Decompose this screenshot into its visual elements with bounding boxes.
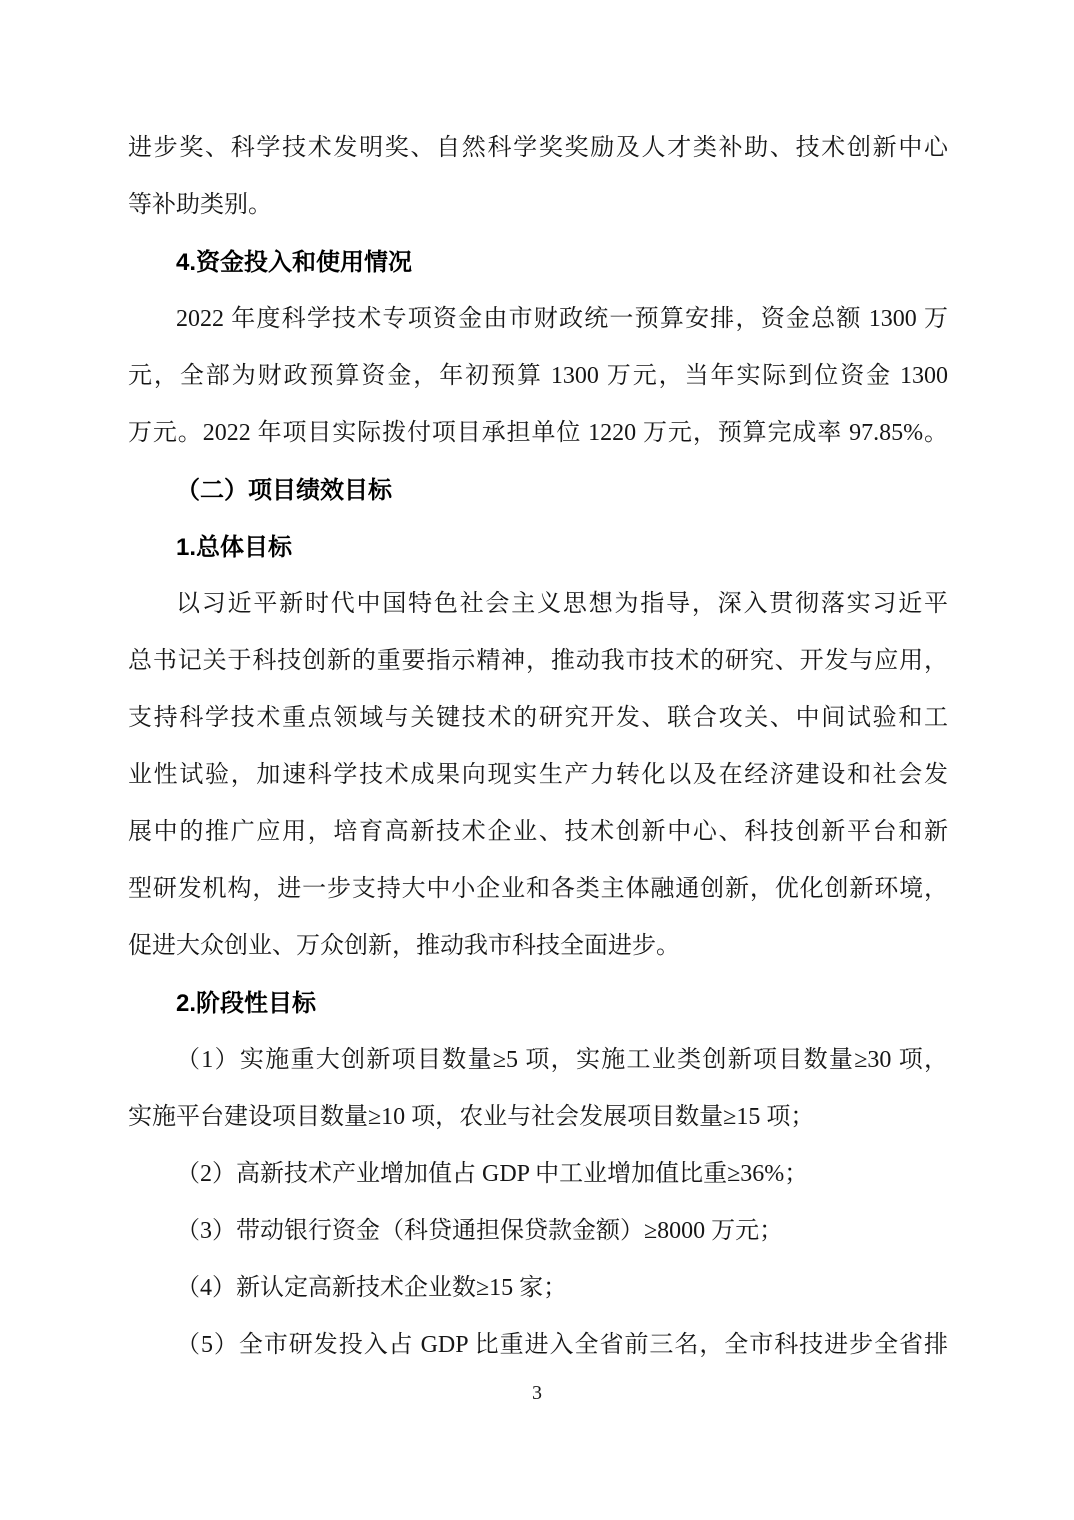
list-item-line: （1）实施重大创新项目数量≥5 项，实施工业类创新项目数量≥30 项， (128, 1032, 948, 1089)
list-item-line: （2）高新技术产业增加值占 GDP 中工业增加值比重≥36%； (128, 1146, 948, 1203)
paragraph-line: 业性试验，加速科学技术成果向现实生产力转化以及在经济建设和社会发 (128, 747, 948, 804)
section-heading-performance-goals: （二）项目绩效目标 (128, 462, 948, 519)
document-page: 进步奖、科学技术发明奖、自然科学奖奖励及人才类补助、技术创新中心 等补助类别。 … (0, 0, 1074, 1520)
section-heading-funding: 4.资金投入和使用情况 (128, 234, 948, 291)
paragraph-line: 促进大众创业、万众创新，推动我市科技全面进步。 (128, 918, 948, 975)
document-body: 进步奖、科学技术发明奖、自然科学奖奖励及人才类补助、技术创新中心 等补助类别。 … (128, 120, 948, 1374)
page-number: 3 (532, 1382, 542, 1404)
list-item-line: （3）带动银行资金（科贷通担保贷款金额）≥8000 万元； (128, 1203, 948, 1260)
list-item-line: （5）全市研发投入占 GDP 比重进入全省前三名，全市科技进步全省排 (128, 1317, 948, 1374)
paragraph-line: 2022 年度科学技术专项资金由市财政统一预算安排，资金总额 1300 万 (128, 291, 948, 348)
paragraph-line: 等补助类别。 (128, 177, 948, 234)
paragraph-line: 总书记关于科技创新的重要指示精神，推动我市技术的研究、开发与应用， (128, 633, 948, 690)
paragraph-line: 型研发机构，进一步支持大中小企业和各类主体融通创新，优化创新环境， (128, 861, 948, 918)
paragraph-line: 进步奖、科学技术发明奖、自然科学奖奖励及人才类补助、技术创新中心 (128, 120, 948, 177)
list-item-line: 实施平台建设项目数量≥10 项，农业与社会发展项目数量≥15 项； (128, 1089, 948, 1146)
page-footer: 3 (0, 1378, 1074, 1408)
paragraph-line: 万元。2022 年项目实际拨付项目承担单位 1220 万元，预算完成率 97.8… (128, 405, 948, 462)
list-item-line: （4）新认定高新技术企业数≥15 家； (128, 1260, 948, 1317)
paragraph-line: 支持科学技术重点领域与关键技术的研究开发、联合攻关、中间试验和工 (128, 690, 948, 747)
section-heading-overall-goal: 1.总体目标 (128, 519, 948, 576)
paragraph-line: 元，全部为财政预算资金，年初预算 1300 万元，当年实际到位资金 1300 (128, 348, 948, 405)
paragraph-line: 展中的推广应用，培育高新技术企业、技术创新中心、科技创新平台和新 (128, 804, 948, 861)
section-heading-staged-goals: 2.阶段性目标 (128, 975, 948, 1032)
paragraph-line: 以习近平新时代中国特色社会主义思想为指导，深入贯彻落实习近平 (128, 576, 948, 633)
